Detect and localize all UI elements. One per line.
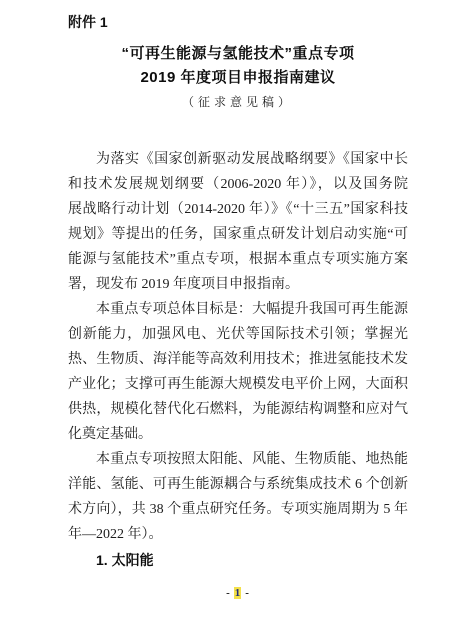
document-body: 为落实《国家创新驱动发展战略纲要》《国家中长期科学 和技术发展规划纲要（2006… xyxy=(68,147,408,572)
body-line: 能源与氢能技术”重点专项，根据本重点专项实施方案的部 xyxy=(68,247,408,272)
body-line: 署，现发布 2019 年度项目申报指南。 xyxy=(68,272,408,297)
body-line: 术方向），共 38 个重点研究任务。专项实施周期为 5 年（2018 xyxy=(68,497,408,522)
body-line: 年—2022 年）。 xyxy=(68,522,408,547)
page-number: 1 xyxy=(234,587,242,599)
body-line: 创新能力，加强风电、光伏等国际技术引领；掌握光热、地 xyxy=(68,322,408,347)
section-heading: 1. 太阳能 xyxy=(68,547,408,572)
document-title-line2: 2019 年度项目申报指南建议 xyxy=(68,67,408,89)
body-line: 产业化；支撑可再生能源大规模发电平价上网，大面积区域 xyxy=(68,372,408,397)
document-page: 附件 1 “可再生能源与氢能技术”重点专项 2019 年度项目申报指南建议 （征… xyxy=(0,0,475,625)
document-subtitle: （征求意见稿） xyxy=(68,94,408,110)
body-line: 展战略行动计划（2014-2020 年）》《“十三五”国家科技创新 xyxy=(68,197,408,222)
footer-dash-left: - xyxy=(226,587,230,599)
body-line: 为落实《国家创新驱动发展战略纲要》《国家中长期科学 xyxy=(68,147,408,172)
document-title-line1: “可再生能源与氢能技术”重点专项 xyxy=(68,43,408,65)
body-line: 热、生物质、海洋能等高效利用技术；推进氢能技术发展及 xyxy=(68,347,408,372)
body-line: 规划》等提出的任务，国家重点研发计划启动实施“可再生 xyxy=(68,222,408,247)
body-line: 本重点专项总体目标是：大幅提升我国可再生能源自主 xyxy=(68,297,408,322)
attachment-label: 附件 1 xyxy=(68,15,408,29)
body-line: 供热，规模化替代化石燃料，为能源结构调整和应对气候变 xyxy=(68,397,408,422)
page-footer: -1- xyxy=(0,587,475,599)
body-line: 化奠定基础。 xyxy=(68,422,408,447)
body-line: 洋能、氢能、可再生能源耦合与系统集成技术 6 个创新链（技 xyxy=(68,472,408,497)
body-line: 和技术发展规划纲要（2006-2020 年）》，以及国务院《能源发 xyxy=(68,172,408,197)
footer-dash-right: - xyxy=(245,587,249,599)
body-line: 本重点专项按照太阳能、风能、生物质能、地热能与海 xyxy=(68,447,408,472)
